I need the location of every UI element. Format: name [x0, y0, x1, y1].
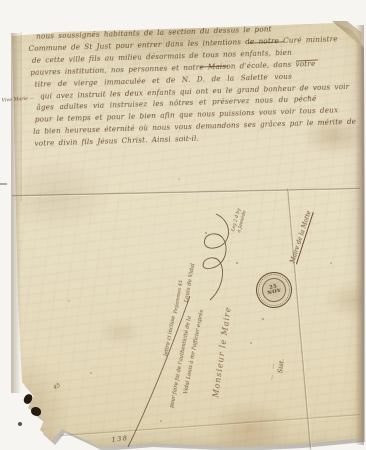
scan-artifact-dash [0, 183, 7, 185]
scan-background: nous soussignés habitants de la section … [0, 0, 366, 450]
letter-text-block: nous soussignés habitants de la section … [28, 21, 364, 150]
ink-blot [31, 407, 41, 416]
postmark-date-line2: NOV [267, 289, 282, 297]
pen-stroke-diagonal [120, 292, 195, 450]
signature-flourish [196, 212, 236, 304]
left-edge-shadow [11, 33, 21, 393]
place-notation: Sist. [276, 358, 285, 373]
foxing-speckles [0, 0, 2, 2]
ink-blot [18, 422, 22, 426]
